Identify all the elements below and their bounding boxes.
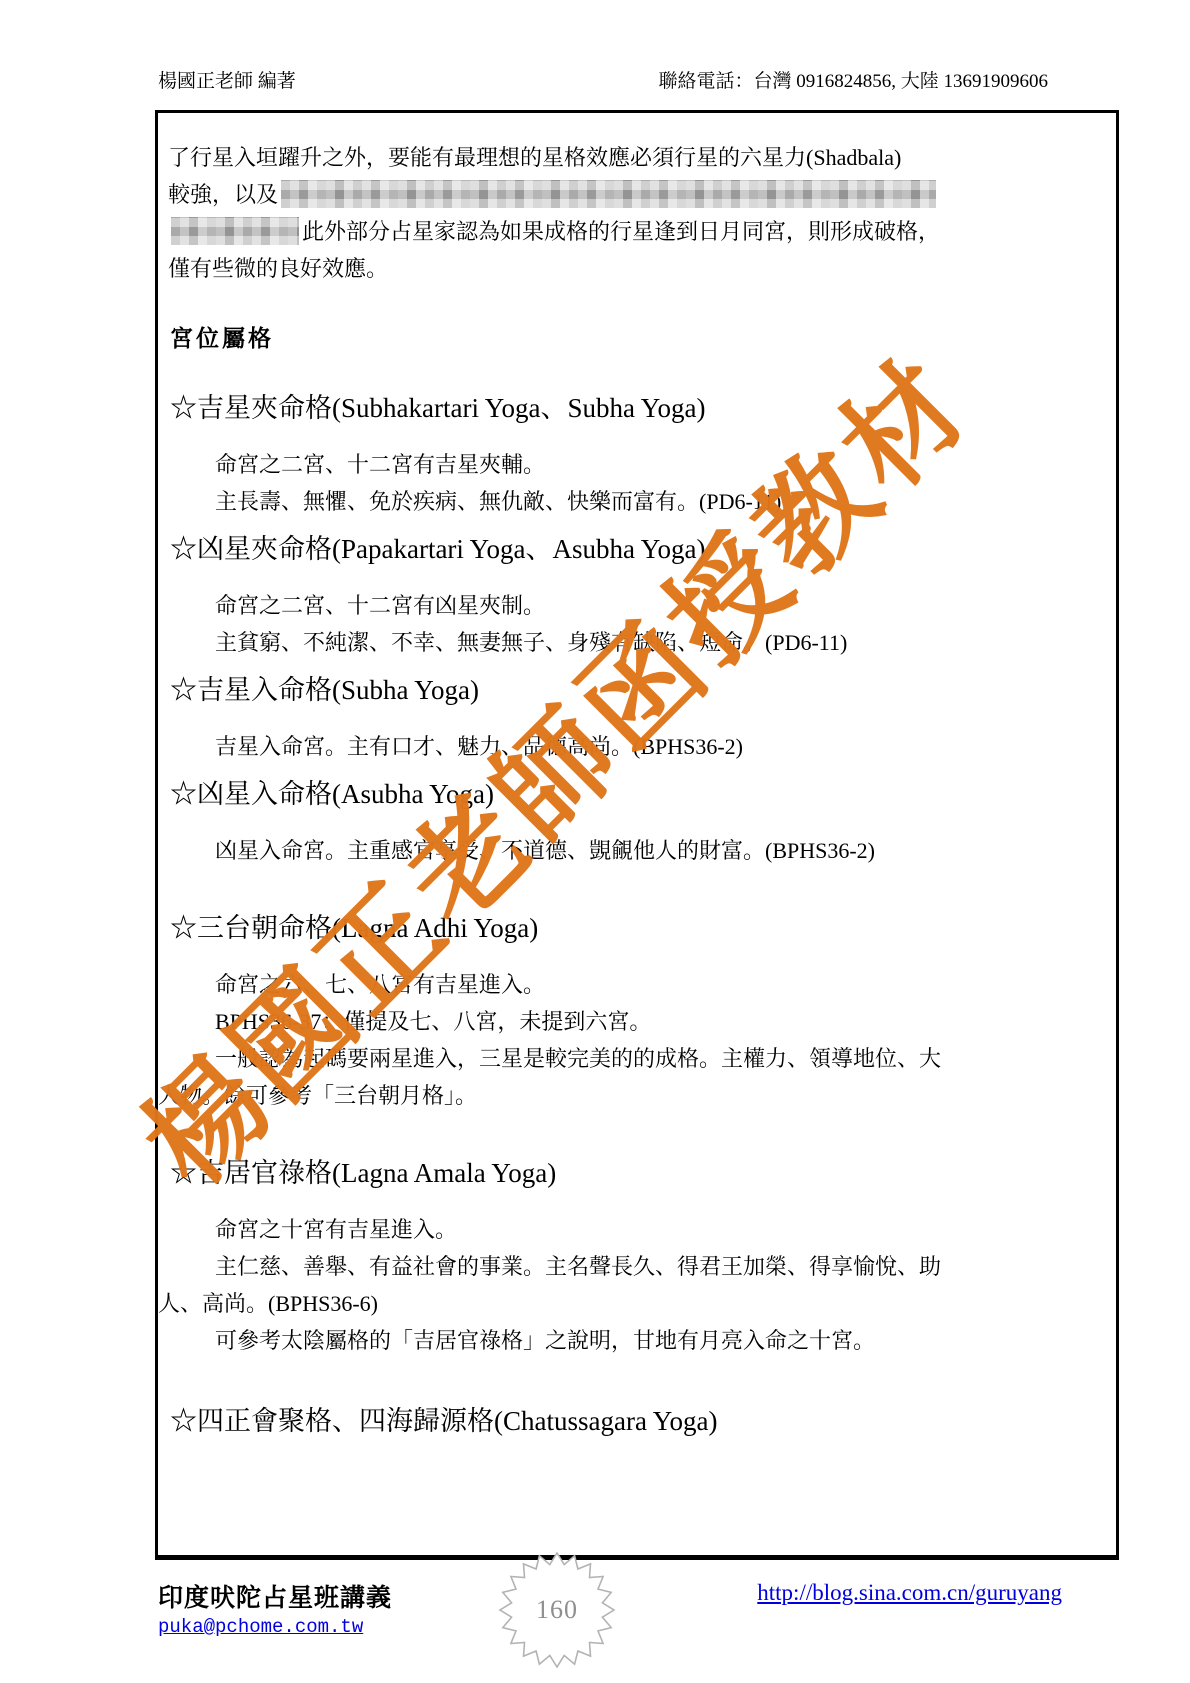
section-line: 一般認為起碼要兩星進入，三星是較完美的的成格。主權力、領導地位、大 — [215, 1040, 1116, 1077]
section-title: ☆凶星入命格(Asubha Yoga) — [170, 774, 1116, 814]
page-number: 160 — [497, 1550, 617, 1670]
intro-line: 僅有些微的良好效應。 — [168, 250, 1116, 287]
section-line: 人物。餘可參考「三台朝月格」。 — [158, 1077, 1116, 1114]
redacted-text-mosaic — [171, 217, 299, 245]
page-header: 楊國正老師 編著 聯絡電話：台灣 0916824856, 大陸 13691909… — [158, 66, 1048, 93]
yoga-section: ☆凶星入命格(Asubha Yoga) 凶星入命宮。主重感官享受、不道德、覬覦他… — [158, 774, 1116, 869]
intro-line: 此外部分占星家認為如果成格的行星逢到日月同宮，則形成破格， — [168, 213, 1116, 250]
section-line: 凶星入命宮。主重感官享受、不道德、覬覦他人的財富。(BPHS36-2) — [215, 832, 1116, 869]
header-author: 楊國正老師 編著 — [158, 66, 296, 93]
section-line: 人、高尚。(BPHS36-6) — [158, 1285, 1116, 1322]
yoga-section: ☆吉居官祿格(Lagna Amala Yoga) 命宮之十宮有吉星進入。 主仁慈… — [158, 1153, 1116, 1359]
intro-line: 較強，以及 — [168, 176, 1116, 213]
yoga-section: ☆凶星夾命格(Papakartari Yoga、Asubha Yoga) 命宮之… — [158, 529, 1116, 661]
section-body: 凶星入命宮。主重感官享受、不道德、覬覦他人的財富。(BPHS36-2) — [158, 832, 1116, 869]
section-title: ☆凶星夾命格(Papakartari Yoga、Asubha Yoga) — [170, 529, 1116, 569]
yoga-section: ☆三台朝命格(Lagna Adhi Yoga) 命宮之六、七、八宮有吉星進入。 … — [158, 908, 1116, 1114]
section-line: 主貧窮、不純潔、不幸、無妻無子、身殘有缺陷、短命。(PD6-11) — [215, 624, 1116, 661]
section-line: 命宮之十宮有吉星進入。 — [215, 1211, 1116, 1248]
intro-line: 了行星入垣躍升之外，要能有最理想的星格效應必須行星的六星力(Shadbala) — [168, 139, 1116, 176]
intro-paragraph: 了行星入垣躍升之外，要能有最理想的星格效應必須行星的六星力(Shadbala) … — [158, 139, 1116, 287]
footer-series-title: 印度吠陀占星班講義 — [158, 1578, 392, 1614]
section-body: 命宮之二宮、十二宮有凶星夾制。 主貧窮、不純潔、不幸、無妻無子、身殘有缺陷、短命… — [158, 587, 1116, 661]
section-line: 命宮之二宮、十二宮有凶星夾制。 — [215, 587, 1116, 624]
yoga-section: ☆吉星入命格(Subha Yoga) 吉星入命宮。主有口才、魅力、品德高尚。(B… — [158, 670, 1116, 765]
yoga-section: ☆四正會聚格、四海歸源格(Chatussagara Yoga) — [158, 1401, 1116, 1441]
section-line: 命宮之六、七、八宮有吉星進入。 — [215, 966, 1116, 1003]
intro-line-prefix: 較強，以及 — [168, 182, 278, 207]
header-contact: 聯絡電話：台灣 0916824856, 大陸 13691909606 — [658, 66, 1048, 93]
footer-email-link[interactable]: puka@pchome.com.tw — [158, 1616, 363, 1638]
section-title: ☆三台朝命格(Lagna Adhi Yoga) — [170, 908, 1116, 948]
section-line: 主長壽、無懼、免於疾病、無仇敵、快樂而富有。(PD6-11) — [215, 483, 1116, 520]
section-title: ☆吉星夾命格(Subhakartari Yoga、Subha Yoga) — [170, 388, 1116, 428]
section-body: 命宮之六、七、八宮有吉星進入。 BPHS36-37：僅提及七、八宮，未提到六宮。… — [158, 966, 1116, 1114]
yoga-section: ☆吉星夾命格(Subhakartari Yoga、Subha Yoga) 命宮之… — [158, 388, 1116, 520]
section-line: BPHS36-37：僅提及七、八宮，未提到六宮。 — [215, 1003, 1116, 1040]
content-frame: 了行星入垣躍升之外，要能有最理想的星格效應必須行星的六星力(Shadbala) … — [155, 110, 1119, 1560]
section-body: 命宮之十宮有吉星進入。 主仁慈、善舉、有益社會的事業。主名聲長久、得君王加榮、得… — [158, 1211, 1116, 1359]
section-title: ☆四正會聚格、四海歸源格(Chatussagara Yoga) — [170, 1401, 1116, 1441]
section-body: 命宮之二宮、十二宮有吉星夾輔。 主長壽、無懼、免於疾病、無仇敵、快樂而富有。(P… — [158, 446, 1116, 520]
document-page: 楊國正老師 編著 聯絡電話：台灣 0916824856, 大陸 13691909… — [0, 0, 1190, 1683]
intro-line-suffix: 此外部分占星家認為如果成格的行星逢到日月同宮，則形成破格， — [302, 219, 940, 244]
doc-heading: 宮位屬格 — [170, 323, 1116, 355]
footer-blog-link[interactable]: http://blog.sina.com.cn/guruyang — [757, 1580, 1062, 1606]
section-line: 吉星入命宮。主有口才、魅力、品德高尚。(BPHS36-2) — [215, 728, 1116, 765]
section-title: ☆吉居官祿格(Lagna Amala Yoga) — [170, 1153, 1116, 1193]
section-line: 命宮之二宮、十二宮有吉星夾輔。 — [215, 446, 1116, 483]
section-line: 可參考太陰屬格的「吉居官祿格」之說明，甘地有月亮入命之十宮。 — [215, 1322, 1116, 1359]
section-title: ☆吉星入命格(Subha Yoga) — [170, 670, 1116, 710]
redacted-text-mosaic — [281, 180, 936, 208]
page-number-seal: 160 — [497, 1550, 617, 1670]
section-body: 吉星入命宮。主有口才、魅力、品德高尚。(BPHS36-2) — [158, 728, 1116, 765]
section-line: 主仁慈、善舉、有益社會的事業。主名聲長久、得君王加榮、得享愉悅、助 — [215, 1248, 1116, 1285]
